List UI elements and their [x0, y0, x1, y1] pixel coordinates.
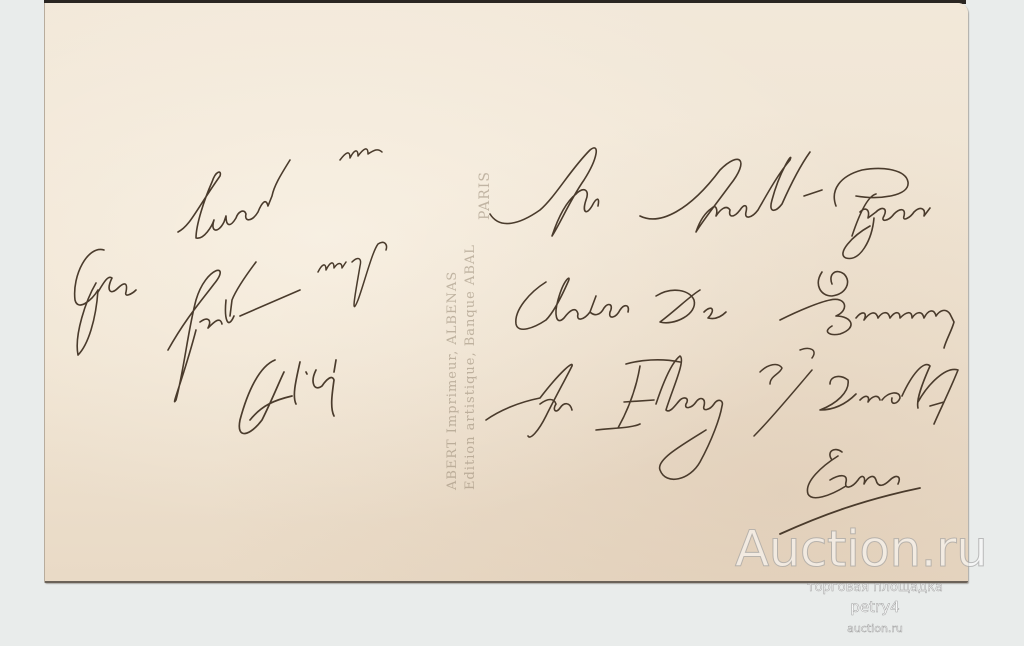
address-line-town: par Fleury s/ Andelle: [486, 390, 848, 430]
address-line-recipient: Mlle Marcelle Pizon: [490, 190, 835, 230]
address-line-department: Eure: [805, 460, 888, 500]
message-signature: Alice: [240, 380, 325, 420]
watermark-seller: petry4: [790, 598, 960, 616]
address-line-place: Chateau de Bonnemare: [515, 290, 921, 330]
watermark-site: auction.ru: [790, 622, 960, 635]
auction-watermark: Auction.ru: [735, 520, 987, 578]
watermark-tagline: торговая площадка: [790, 580, 960, 595]
